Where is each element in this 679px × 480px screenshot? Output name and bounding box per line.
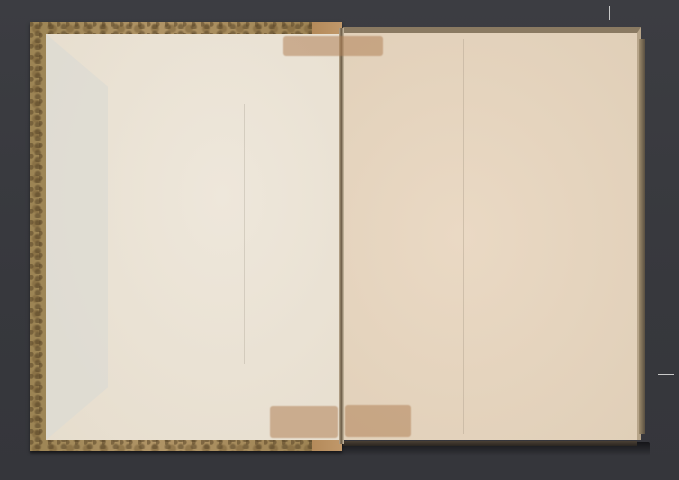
background-scratch-right xyxy=(658,374,674,375)
book-gutter xyxy=(339,28,344,444)
text-block-fore-edge xyxy=(639,39,645,434)
stain-top-gutter xyxy=(283,36,383,56)
pastedown-fold-line xyxy=(244,104,245,364)
pastedown-turn-in xyxy=(46,34,108,440)
right-flyleaf-page xyxy=(343,27,641,440)
stain-bottom-right xyxy=(345,405,411,437)
book-photo-scene: Open antique book showing blank endpaper… xyxy=(0,0,679,480)
left-pastedown-page xyxy=(46,34,340,440)
background-scratch-top xyxy=(609,6,610,20)
stain-bottom-left xyxy=(270,406,338,438)
flyleaf-crease xyxy=(463,39,464,434)
text-block-bottom-edge xyxy=(343,441,637,446)
